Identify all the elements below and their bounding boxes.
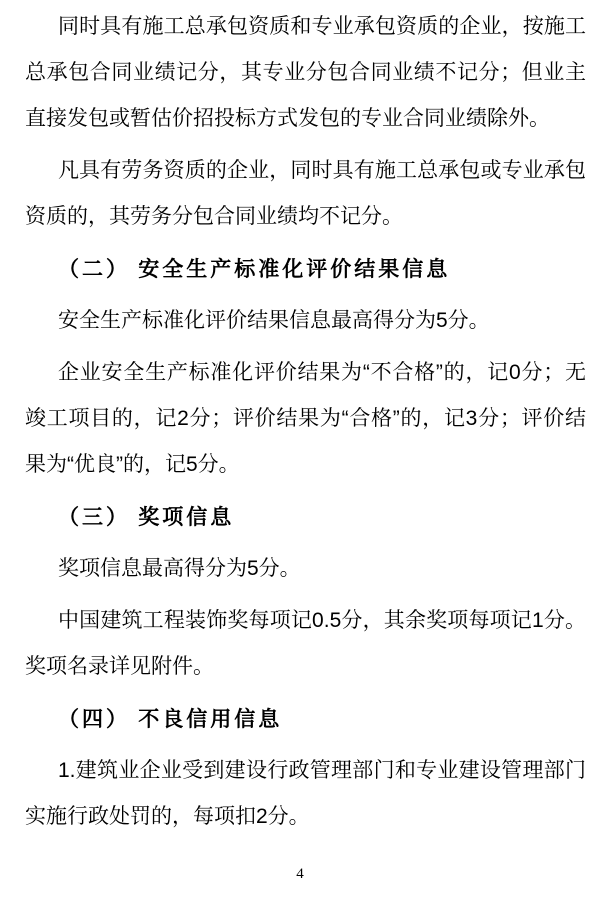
paragraph: 安全生产标准化评价结果信息最高得分为5分。 [25,298,586,344]
document-page: 同时具有施工总承包资质和专业承包资质的企业，按施工总承包合同业绩记分，其专业分包… [0,0,600,911]
section-heading: （二） 安全生产标准化评价结果信息 [25,246,586,292]
paragraph: 奖项信息最高得分为5分。 [25,546,586,592]
section-heading: （四） 不良信用信息 [25,696,586,742]
paragraph: 中国建筑工程装饰奖每项记0.5分，其余奖项每项记1分。奖项名录详见附件。 [25,598,586,690]
paragraph: 同时具有施工总承包资质和专业承包资质的企业，按施工总承包合同业绩记分，其专业分包… [25,4,586,142]
paragraph: 1.建筑业企业受到建设行政管理部门和专业建设管理部门实施行政处罚的，每项扣2分。 [25,748,586,840]
paragraph: 凡具有劳务资质的企业，同时具有施工总承包或专业承包资质的，其劳务分包合同业绩均不… [25,148,586,240]
section-heading: （三） 奖项信息 [25,494,586,540]
document-content: 同时具有施工总承包资质和专业承包资质的企业，按施工总承包合同业绩记分，其专业分包… [0,0,600,840]
page-number: 4 [0,866,600,883]
paragraph: 企业安全生产标准化评价结果为“不合格”的，记0分；无竣工项目的，记2分；评价结果… [25,350,586,488]
